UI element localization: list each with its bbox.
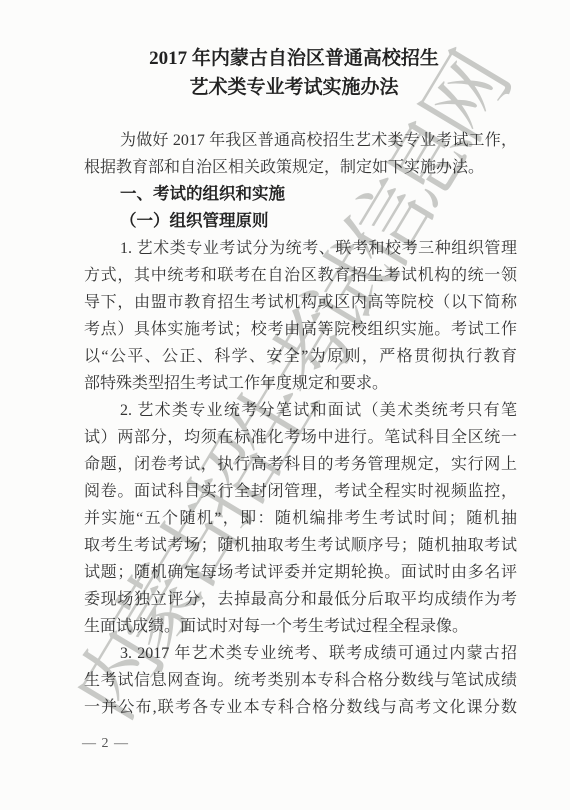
body-text-line: 试题；随机确定每场考试评委并定期轮换。面试时由多名评 [84,559,517,586]
body-heading-line: 一、考试的组织和实施 [84,181,517,208]
document-title-line1: 2017 年内蒙古自治区普通高校招生 [77,44,511,73]
body-text-line: 以“公平、公正、科学、安全”为原则，严格贯彻执行教育 [84,343,517,370]
body-text-line: 2. 艺术类专业统考分笔试和面试（美术类统考只有笔 [84,397,517,424]
body-text-line: 根据教育部和自治区相关政策规定，制定如下实施办法。 [84,154,517,181]
body-text-line: 并实施“五个随机”，即：随机编排考生考试时间；随机抽 [84,505,517,532]
body-text-line: 3. 2017 年艺术类专业统考、联考成绩可通过内蒙古招 [84,640,517,667]
body-text-line: 考点）具体实施考试；校考由高等院校组织实施。考试工作 [84,316,517,343]
body-text-line: 取考生考试考场；随机抽取考生考试顺序号；随机抽取考试 [84,532,517,559]
document-page: 内蒙古招生考试信息网 2017 年内蒙古自治区普通高校招生 艺术类专业考试实施办… [0,0,570,810]
body-text-line: 方式，其中统考和联考在自治区教育招生考试机构的统一领 [84,262,517,289]
body-text-line: 为做好 2017 年我区普通高校招生艺术类专业考试工作， [84,127,517,154]
body-text-line: 阅卷。面试科目实行全封闭管理，考试全程实时视频监控， [84,478,517,505]
body-text-line: 生考试信息网查询。统考类别本专科合格分数线与笔试成绩 [84,667,517,694]
body-text-line: 部特殊类型招生考试工作年度规定和要求。 [84,370,517,397]
body-text-line: 一并公布,联考各专业本专科合格分数线与高考文化课分数 [84,694,517,721]
body-text-line: 试）两部分，均须在标准化考场中进行。笔试科目全区统一 [84,424,517,451]
body-text-line: 委现场独立评分，去掉最高分和最低分后取平均成绩作为考 [84,586,517,613]
body-text-line: 生面试成绩。面试时对每一个考生考试过程全程录像。 [84,613,517,640]
document-body: 为做好 2017 年我区普通高校招生艺术类专业考试工作，根据教育部和自治区相关政… [84,127,517,721]
body-text-line: 命题，闭卷考试，执行高考科目的考务管理规定，实行网上 [84,451,517,478]
body-text-line: 导下，由盟市教育招生考试机构或区内高等院校（以下简称 [84,289,517,316]
document-title-line2: 艺术类专业考试实施办法 [77,73,511,102]
page-number: — 2 — [82,734,129,754]
document-title: 2017 年内蒙古自治区普通高校招生 艺术类专业考试实施办法 [77,44,511,102]
body-text-line: 1. 艺术类专业考试分为统考、联考和校考三种组织管理 [84,235,517,262]
body-heading-line: （一）组织管理原则 [84,208,517,235]
